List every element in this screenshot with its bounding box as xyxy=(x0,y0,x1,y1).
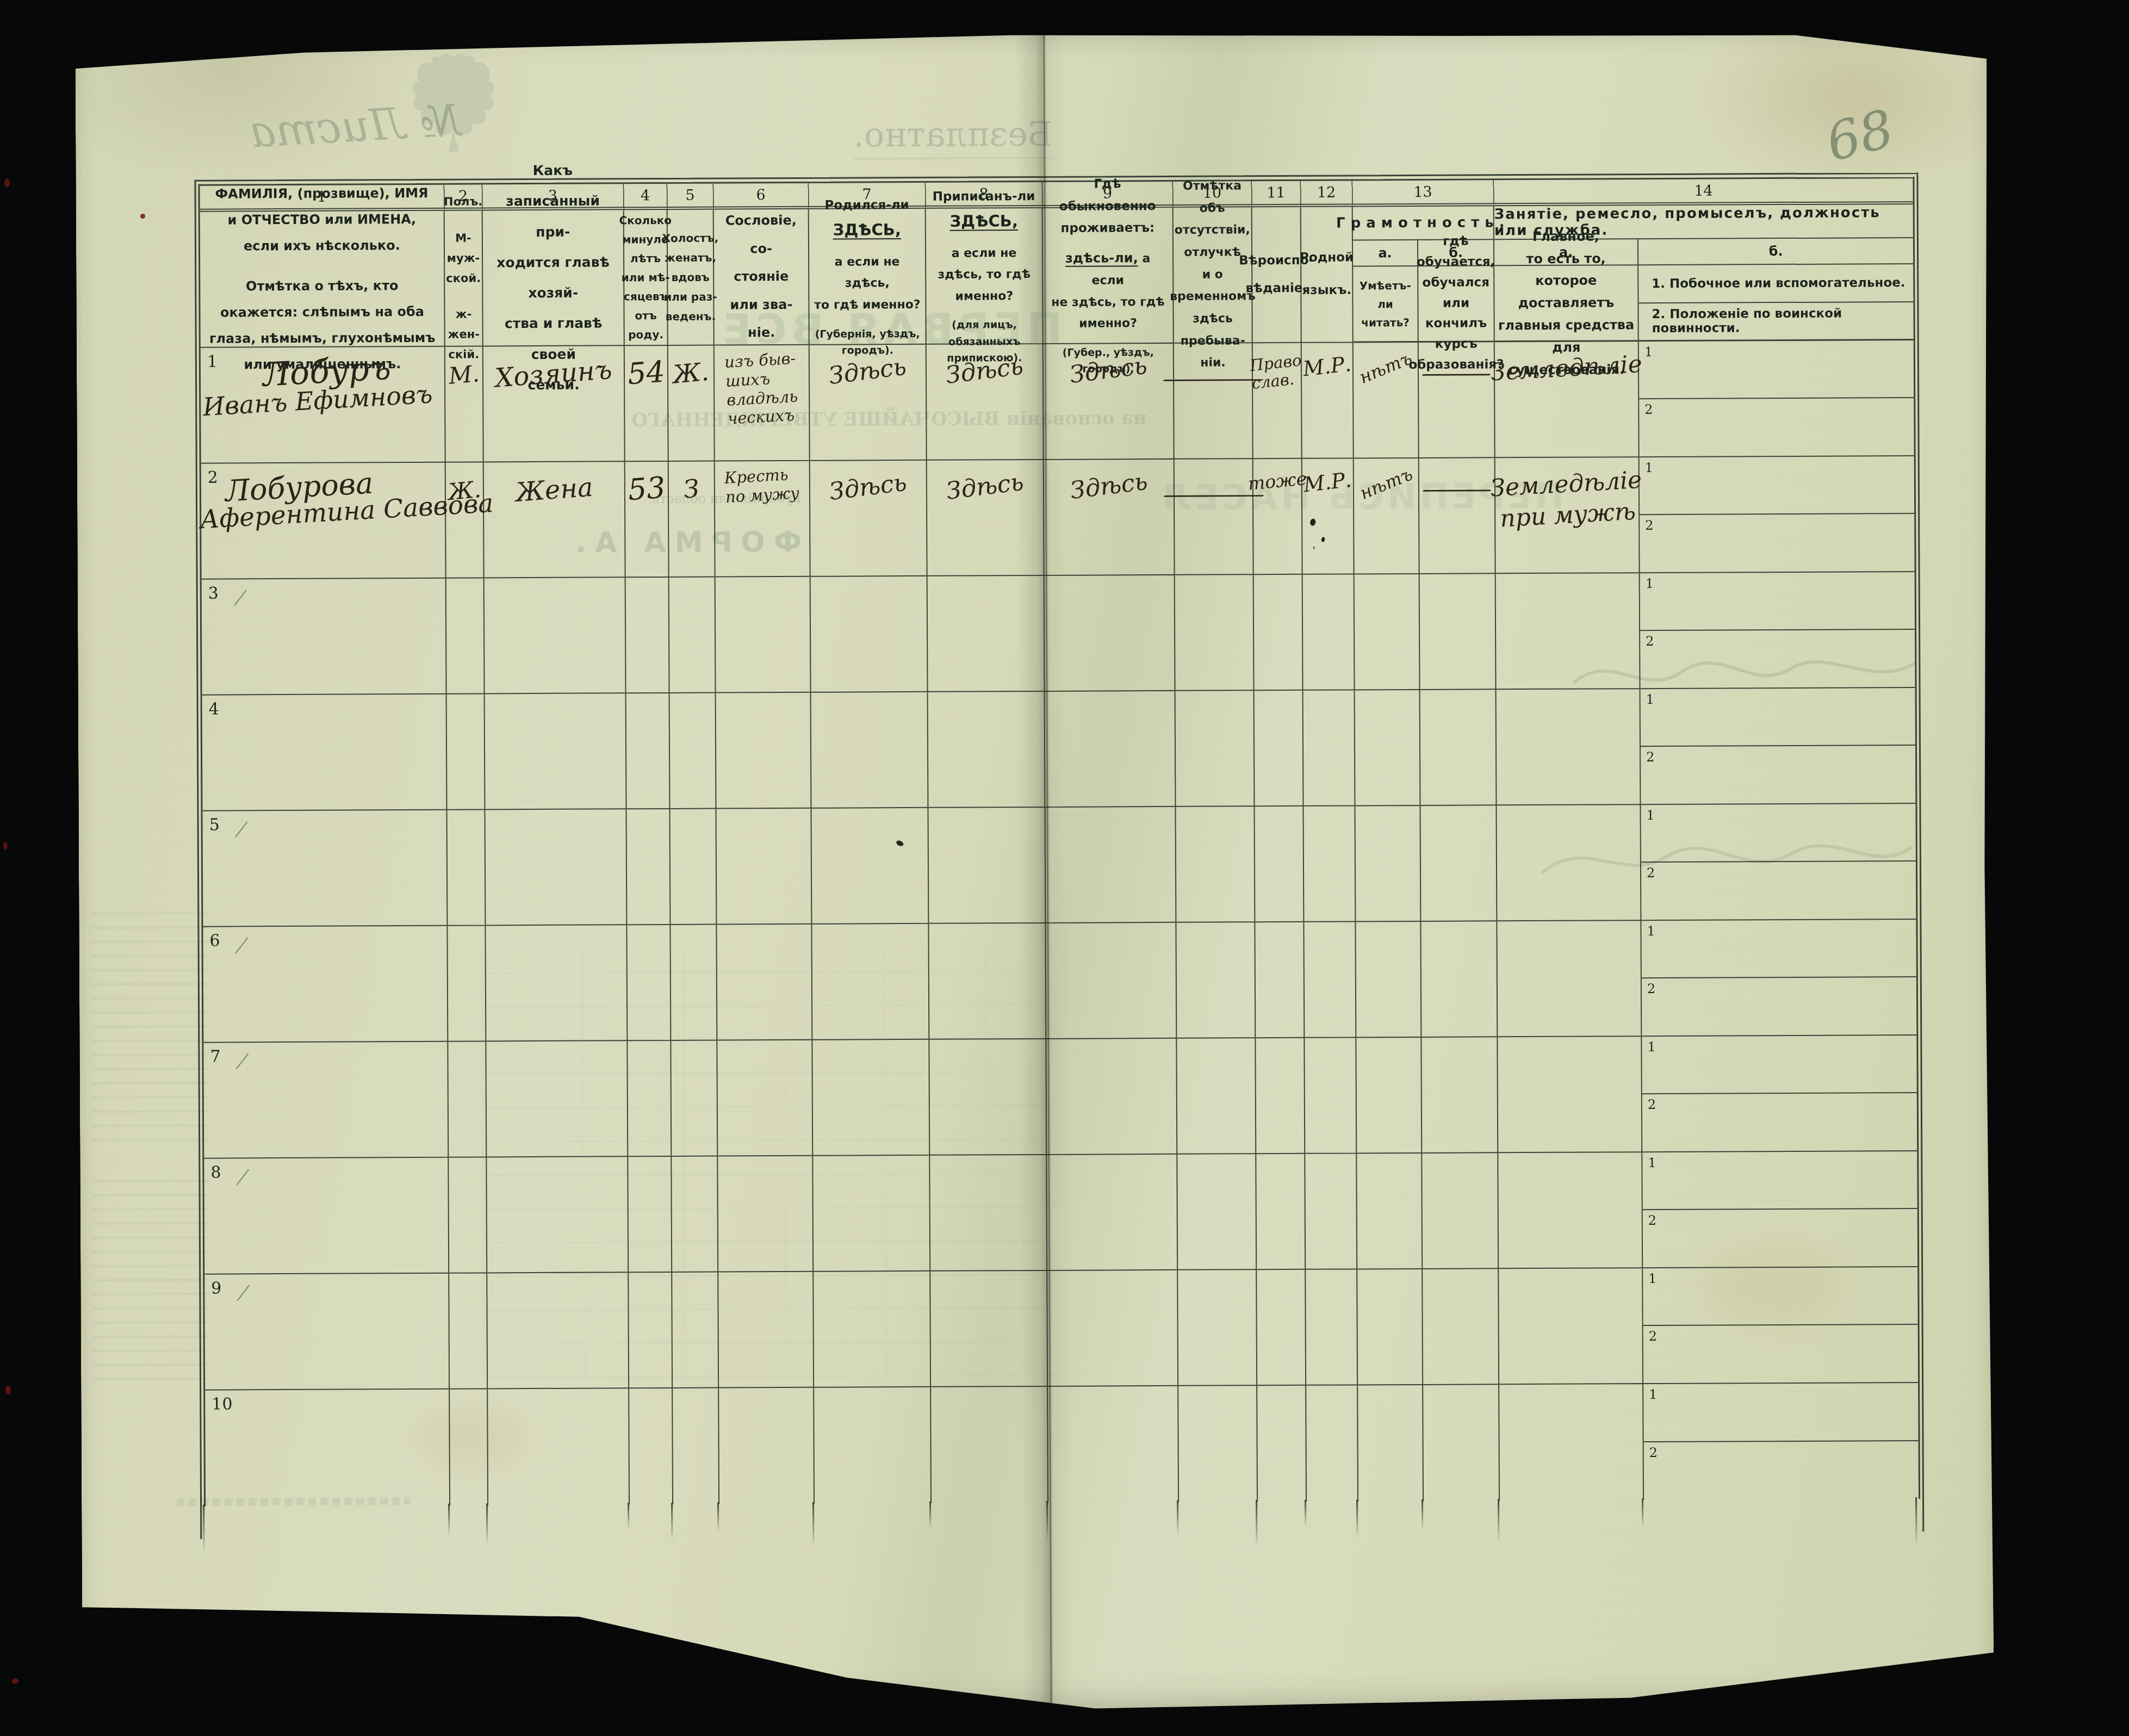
red-speck xyxy=(5,1386,11,1394)
sub-number-1: 1 xyxy=(1646,692,1654,707)
cell-side-occupation: 1 2 xyxy=(1641,804,1916,921)
row-number: 5 xyxy=(209,816,220,835)
cell-age: 54 xyxy=(625,346,669,462)
cell-sex xyxy=(449,1273,488,1389)
red-speck xyxy=(4,178,10,187)
cell-residence xyxy=(1045,575,1176,692)
military-status-slot: 2 xyxy=(1642,977,1916,1036)
cell-religion: Право слав. xyxy=(1253,343,1302,459)
cell-language: М.Р. xyxy=(1302,458,1355,574)
cell-residence xyxy=(1046,923,1177,1039)
cell-absence: — xyxy=(1175,459,1254,575)
military-status-slot: 2 xyxy=(1641,745,1915,804)
cell-marital xyxy=(669,578,716,693)
side-occupation-slot: 1 xyxy=(1641,804,1915,863)
entry-occupation: Земледѣліе xyxy=(1490,349,1643,388)
cell-relation xyxy=(486,1041,628,1157)
side-occupation-slot: 1 xyxy=(1643,1383,1918,1442)
military-status-slot: 2 xyxy=(1639,398,1914,456)
handwritten-page-number: 68 xyxy=(1820,98,1900,173)
entry-language: М.Р. xyxy=(1302,354,1352,380)
cell-literacy xyxy=(1356,1038,1422,1154)
col-number-12: 12 xyxy=(1301,181,1352,207)
sub-number-1: 1 xyxy=(1646,808,1654,823)
sub-number-1: 1 xyxy=(1647,923,1655,939)
cell-religion xyxy=(1256,1038,1305,1154)
red-speck xyxy=(12,1678,18,1684)
cell-sex xyxy=(448,926,486,1041)
cell-age xyxy=(627,925,671,1041)
cell-residence xyxy=(1045,807,1176,923)
cell-marital xyxy=(670,693,717,809)
entry-relation: Хозяинъ xyxy=(494,356,613,392)
cell-side-occupation: 1 2 xyxy=(1639,340,1914,457)
census-form-table: 1 2 3 4 5 6 7 8 9 10 11 12 13 14 ФАМИЛІЯ… xyxy=(198,177,1920,1506)
entry-registration: Здѣсь xyxy=(945,354,1025,389)
cell-side-occupation: 1 2 xyxy=(1641,920,1916,1037)
pencil-tick xyxy=(235,938,249,954)
col-number-4: 4 xyxy=(624,184,667,210)
side-occupation-slot: 1 xyxy=(1640,456,1914,515)
header-occupation-main: Главное, то есть то, которое доставляетъ… xyxy=(1494,265,1639,342)
cell-estate xyxy=(717,925,812,1041)
cell-language xyxy=(1303,574,1355,690)
cell-education: — xyxy=(1419,458,1496,574)
ghost-sheet-number-label: № Листа xyxy=(249,95,462,158)
cell-registration xyxy=(931,1387,1048,1503)
header-residence: Гдѣ обыкновенно проживаетъ: здѣсь-ли, а … xyxy=(1043,208,1174,344)
cell-side-occupation: 1 2 xyxy=(1643,1383,1919,1500)
cell-absence xyxy=(1175,575,1255,691)
col-number-5: 5 xyxy=(667,184,713,210)
cell-relation xyxy=(485,693,627,810)
cell-occupation xyxy=(1497,805,1641,921)
cell-sex xyxy=(446,578,485,694)
sub-number-2: 2 xyxy=(1648,1213,1656,1228)
header-literacy-education: гдѣ обучается, обучался или кончилъ курс… xyxy=(1418,266,1495,343)
cell-age xyxy=(626,693,671,809)
cell-absence xyxy=(1176,922,1256,1039)
cell-name: 5 xyxy=(203,810,448,927)
cell-name: 6 xyxy=(203,926,448,1043)
side-occupation-slot: 1 xyxy=(1643,1267,1917,1326)
cell-marital: Ж. xyxy=(668,346,715,462)
cell-relation xyxy=(486,925,628,1041)
header-name-main: ФАМИЛІЯ, (прозвище), ИМЯ и ОТЧЕСТВО или … xyxy=(208,180,435,259)
cell-occupation xyxy=(1497,689,1641,805)
cell-marital xyxy=(670,809,717,925)
cell-marital xyxy=(671,925,717,1041)
cell-registration xyxy=(928,692,1046,808)
scanned-census-sheet: № Листа Безплатно. ПЕРВАЯ ВСЕ на основан… xyxy=(0,0,2129,1736)
entry-birthplace: Здѣсь xyxy=(828,355,908,389)
cell-side-occupation: 1 2 xyxy=(1642,1036,1917,1152)
entry-age: 54 xyxy=(626,357,666,390)
cell-sex xyxy=(447,694,486,810)
cell-age xyxy=(628,1157,672,1273)
sub-number-1: 1 xyxy=(1648,1271,1656,1286)
header-religion: Вѣроиспо- вѣданіе. xyxy=(1252,207,1302,343)
pencil-tick xyxy=(237,1169,250,1186)
header-military-status: 2. Положеніе по воинской повинности. xyxy=(1638,302,1913,340)
pencil-tick xyxy=(234,590,247,606)
cell-birthplace: Здѣсь xyxy=(810,345,927,461)
entry-residence: Здѣсь xyxy=(1069,469,1149,504)
cell-marital xyxy=(671,1041,718,1157)
entry-registration: Здѣсь xyxy=(945,470,1025,505)
header-birthplace: Родился-ли ЗДѢСЬ, а если не здѣсь, то гд… xyxy=(809,209,927,345)
cell-literacy xyxy=(1357,1154,1423,1270)
cell-occupation xyxy=(1499,1268,1643,1385)
header-occupation-secondary: 1. Побочное или вспомогательное. 2. Поло… xyxy=(1638,264,1914,342)
entry-language: М.Р. xyxy=(1302,469,1352,496)
header-marital: Холостъ, женатъ, вдовъ или раз- веденъ. xyxy=(668,210,715,346)
cell-estate xyxy=(716,577,811,693)
cell-occupation xyxy=(1498,1152,1643,1269)
sub-number-2: 2 xyxy=(1645,518,1653,533)
cell-birthplace xyxy=(811,692,929,809)
row-number: 10 xyxy=(212,1394,232,1413)
cell-education xyxy=(1421,921,1498,1038)
sub-number-2: 2 xyxy=(1646,749,1654,765)
cell-marital: З xyxy=(669,462,716,578)
cell-religion xyxy=(1255,691,1304,807)
entry-education: — xyxy=(1420,478,1494,501)
col-number-13: 13 xyxy=(1352,180,1494,207)
cell-education xyxy=(1420,574,1497,690)
cell-relation xyxy=(485,578,626,694)
cell-estate xyxy=(716,693,812,809)
header-name: ФАМИЛІЯ, (прозвище), ИМЯ и ОТЧЕСТВО или … xyxy=(200,211,445,348)
cell-estate xyxy=(717,1040,813,1157)
cell-literacy xyxy=(1355,690,1421,807)
cell-birthplace xyxy=(812,1040,930,1156)
cell-language: М.Р. xyxy=(1302,343,1354,458)
entry-name: ЛобуроваАферентина Саввова xyxy=(200,464,446,533)
cell-estate xyxy=(716,809,812,925)
col-number-11: 11 xyxy=(1252,181,1301,207)
cell-education xyxy=(1422,1037,1498,1154)
row-number: 3 xyxy=(208,584,219,603)
ghost-paragraph-block xyxy=(91,907,209,1141)
cell-education: — xyxy=(1419,342,1495,458)
header-sex-male: М-муж- ской. xyxy=(446,228,481,289)
cell-absence xyxy=(1177,1038,1256,1155)
cell-residence xyxy=(1046,1039,1177,1155)
cell-age xyxy=(628,1041,672,1157)
cell-absence xyxy=(1177,1154,1257,1270)
cell-age xyxy=(629,1273,673,1388)
cell-registration: Здѣсь xyxy=(927,460,1045,576)
cell-age xyxy=(626,578,670,693)
cell-literacy xyxy=(1355,574,1420,691)
header-sex: Полъ. М-муж- ской. ж-жен- скій. xyxy=(445,210,483,346)
cell-sex xyxy=(450,1389,488,1505)
side-occupation-slot: 1 xyxy=(1640,572,1915,631)
cell-registration xyxy=(928,808,1046,924)
cell-religion xyxy=(1256,1154,1306,1270)
cell-name: 9 xyxy=(204,1274,450,1391)
cell-literacy xyxy=(1357,1269,1423,1386)
cell-education xyxy=(1420,805,1497,922)
cell-birthplace: Здѣсь xyxy=(810,461,928,577)
cell-name: 2 ЛобуроваАферентина Саввова xyxy=(201,463,446,580)
cell-side-occupation: 1 2 xyxy=(1641,688,1916,805)
cell-sex: Ж. xyxy=(446,462,485,578)
cell-religion: тоже xyxy=(1253,459,1303,575)
header-registration-emph: ЗДѢСЬ, xyxy=(950,212,1018,231)
col-number-14: 14 xyxy=(1494,178,1913,206)
header-residence-emph: здѣсь-ли, xyxy=(1065,250,1138,266)
cell-absence xyxy=(1178,1270,1257,1386)
header-relation: Какъ записанный при- ходится главѣ хозяй… xyxy=(483,210,625,346)
cell-registration xyxy=(929,1039,1047,1156)
cell-education xyxy=(1420,690,1497,806)
header-birthplace-emph: ЗДѢСЬ, xyxy=(833,220,901,239)
cell-residence: Здѣсь xyxy=(1044,344,1175,460)
cell-registration xyxy=(928,576,1045,692)
ink-blot xyxy=(1309,518,1316,526)
sub-number-1: 1 xyxy=(1647,1039,1655,1055)
entry-marital: З xyxy=(682,475,700,503)
entry-birthplace: Здѣсь xyxy=(828,470,908,505)
cell-side-occupation: 1 2 xyxy=(1640,456,1915,573)
side-occupation-slot: 1 xyxy=(1641,688,1915,747)
red-speck xyxy=(140,214,145,219)
cell-marital xyxy=(672,1157,718,1273)
entry-estate: Кресть по мужу xyxy=(724,464,800,506)
entry-name: ЛобуръИванъ Ефимновъ xyxy=(199,348,445,420)
cell-name: 4 xyxy=(202,695,448,811)
row-number: 6 xyxy=(209,932,220,951)
col-number-6: 6 xyxy=(713,183,809,210)
cell-occupation xyxy=(1499,1384,1644,1501)
cell-literacy: нѣтъ xyxy=(1354,458,1420,575)
cell-residence: Здѣсь xyxy=(1044,460,1175,576)
entry-age: 53 xyxy=(627,473,667,506)
cell-birthplace xyxy=(811,576,928,693)
header-estate: Сословіе, со- стояніе или зва- ніе. xyxy=(714,209,810,346)
military-status-slot: 2 xyxy=(1641,861,1916,920)
cell-absence xyxy=(1176,691,1255,807)
cell-name: 8 xyxy=(204,1158,449,1275)
cell-residence xyxy=(1047,1155,1178,1271)
entry-sex: Ж. xyxy=(447,478,482,504)
header-registration-pre: Приписанъ-ли xyxy=(933,189,1035,204)
entry-residence: Здѣсь xyxy=(1068,354,1148,388)
entry-occupation: Земледѣліе при мужѣ xyxy=(1489,464,1644,535)
cell-name: 7 xyxy=(203,1042,449,1159)
sub-number-2: 2 xyxy=(1647,865,1655,881)
paper-sheet: № Листа Безплатно. ПЕРВАЯ ВСЕ на основан… xyxy=(75,28,1994,1714)
cell-education xyxy=(1423,1385,1500,1501)
cell-sex xyxy=(447,810,486,926)
sub-number-2: 2 xyxy=(1644,402,1653,417)
cell-name: 3 xyxy=(202,579,447,696)
cell-age xyxy=(626,809,671,925)
row-number: 8 xyxy=(210,1163,221,1182)
military-status-slot: 2 xyxy=(1643,1208,1917,1267)
cell-registration: Здѣсь xyxy=(927,344,1044,461)
cell-birthplace xyxy=(814,1387,932,1504)
sub-number-2: 2 xyxy=(1647,981,1655,996)
header-birthplace-pre: Родился-ли xyxy=(825,198,909,213)
header-residence-pre: Гдѣ обыкновенно проживаетъ: xyxy=(1047,173,1168,239)
entry-education: — xyxy=(1419,362,1493,385)
cell-religion xyxy=(1254,575,1304,691)
sub-number-1: 1 xyxy=(1645,460,1653,475)
cell-registration xyxy=(930,1271,1048,1387)
cell-language xyxy=(1304,922,1356,1038)
sub-number-2: 2 xyxy=(1646,634,1654,649)
cell-name: 1 ЛобуръИванъ Ефимновъ xyxy=(201,347,446,464)
cell-side-occupation: 1 2 xyxy=(1640,572,1915,689)
cell-registration xyxy=(929,923,1046,1040)
cell-age: 53 xyxy=(625,462,669,578)
pencil-tick xyxy=(235,822,248,838)
cell-religion xyxy=(1257,1386,1307,1502)
cell-education xyxy=(1422,1153,1499,1269)
cell-language xyxy=(1305,1154,1357,1269)
cell-birthplace xyxy=(812,924,929,1040)
cell-estate: Кресть по мужу xyxy=(715,461,811,578)
sub-number-2: 2 xyxy=(1648,1097,1656,1112)
cell-relation xyxy=(487,1273,629,1389)
cell-occupation xyxy=(1497,921,1642,1037)
cell-residence xyxy=(1045,691,1176,808)
cell-estate xyxy=(718,1272,814,1388)
cell-birthplace xyxy=(813,1156,930,1272)
sub-number-2: 2 xyxy=(1649,1329,1657,1344)
header-registration: Приписанъ-ли ЗДѢСЬ, а если не здѣсь, то … xyxy=(926,208,1044,345)
cell-relation xyxy=(487,1157,629,1273)
cell-birthplace xyxy=(811,808,929,925)
cell-marital xyxy=(673,1388,719,1504)
cell-absence: — xyxy=(1174,343,1253,460)
cell-side-occupation: 1 2 xyxy=(1643,1267,1918,1384)
cell-occupation: Земледѣліе xyxy=(1495,342,1640,458)
cell-absence xyxy=(1178,1386,1258,1502)
side-occupation-slot: 1 xyxy=(1642,1036,1916,1094)
cell-estate xyxy=(718,1156,814,1273)
side-occupation-slot: 1 xyxy=(1639,340,1914,399)
red-speck xyxy=(3,842,8,850)
ghost-paragraph-block xyxy=(92,1173,210,1380)
cell-language xyxy=(1306,1269,1358,1385)
header-occupation-b-label: б. xyxy=(1638,238,1913,265)
cell-education xyxy=(1423,1269,1499,1385)
cell-estate: изъ быв- шихъ владѣль ческихъ xyxy=(715,345,810,462)
military-status-slot: 2 xyxy=(1644,1441,1919,1500)
cell-literacy xyxy=(1356,922,1422,1038)
row-number: 9 xyxy=(211,1279,221,1298)
cell-estate xyxy=(719,1388,815,1504)
cell-sex xyxy=(448,1041,487,1157)
entry-sex: М. xyxy=(448,362,480,388)
cell-religion xyxy=(1255,807,1304,922)
header-sex-title: Полъ. xyxy=(444,192,482,212)
imperial-eagle-watermark-icon xyxy=(407,50,500,159)
header-occupation-side: 1. Побочное или вспомогательное. xyxy=(1638,264,1913,303)
cell-literacy: нѣтъ xyxy=(1354,343,1419,459)
ghost-free-label: Безплатно. xyxy=(853,114,1053,160)
cell-relation: Жена xyxy=(484,462,626,578)
military-status-slot: 2 xyxy=(1640,513,1914,572)
entry-religion: тоже xyxy=(1247,469,1307,493)
cell-language xyxy=(1304,806,1356,922)
cell-sex xyxy=(449,1157,487,1273)
cell-literacy xyxy=(1355,806,1421,922)
cell-relation xyxy=(485,809,627,926)
pencil-tick xyxy=(237,1285,250,1301)
sub-number-1: 1 xyxy=(1646,576,1654,591)
cell-relation xyxy=(488,1388,630,1505)
cell-language xyxy=(1306,1385,1358,1501)
cell-name: 10 xyxy=(205,1390,450,1506)
row-number: 4 xyxy=(209,700,219,719)
cell-residence xyxy=(1047,1270,1178,1387)
cell-religion xyxy=(1255,922,1305,1038)
sub-number-1: 1 xyxy=(1648,1155,1656,1170)
pencil-tick xyxy=(236,1053,249,1070)
military-status-slot: 2 xyxy=(1643,1324,1918,1383)
cell-religion xyxy=(1257,1270,1306,1386)
rule-tails xyxy=(204,1497,1917,1570)
entry-marital: Ж. xyxy=(672,358,710,388)
header-registration-mid: а если не здѣсь, то гдѣ именно? xyxy=(930,242,1038,307)
cell-sex: М. xyxy=(445,346,484,462)
military-status-slot: 2 xyxy=(1640,629,1915,688)
sub-number-1: 1 xyxy=(1649,1387,1657,1402)
entry-religion: Право слав. xyxy=(1249,351,1305,393)
entry-literacy: нѣтъ xyxy=(1357,465,1415,503)
cell-literacy xyxy=(1358,1385,1424,1502)
military-status-slot: 2 xyxy=(1642,1093,1917,1151)
cell-residence xyxy=(1048,1386,1179,1503)
sub-number-1: 1 xyxy=(1644,344,1653,359)
cell-age xyxy=(629,1388,673,1504)
cell-language xyxy=(1305,1038,1357,1154)
cell-birthplace xyxy=(814,1272,931,1388)
sub-number-2: 2 xyxy=(1649,1445,1658,1460)
side-occupation-slot: 1 xyxy=(1641,920,1916,978)
entry-relation: Жена xyxy=(514,474,594,507)
cell-occupation xyxy=(1496,573,1641,690)
header-birthplace-mid: а если не здѣсь, то гдѣ именно? xyxy=(814,251,921,317)
cell-occupation: Земледѣліе при мужѣ xyxy=(1495,457,1640,574)
entry-literacy: нѣтъ xyxy=(1357,349,1414,387)
side-occupation-slot: 1 xyxy=(1642,1151,1917,1210)
cell-registration xyxy=(930,1155,1047,1272)
cell-relation: Хозяинъ xyxy=(483,346,625,462)
row-number: 7 xyxy=(210,1047,220,1067)
cell-language xyxy=(1304,690,1356,806)
cell-side-occupation: 1 2 xyxy=(1642,1151,1917,1268)
cell-absence xyxy=(1176,807,1255,923)
entry-estate: изъ быв- шихъ владѣль ческихъ xyxy=(724,349,799,429)
cell-occupation xyxy=(1498,1037,1642,1153)
cell-marital xyxy=(672,1273,719,1388)
